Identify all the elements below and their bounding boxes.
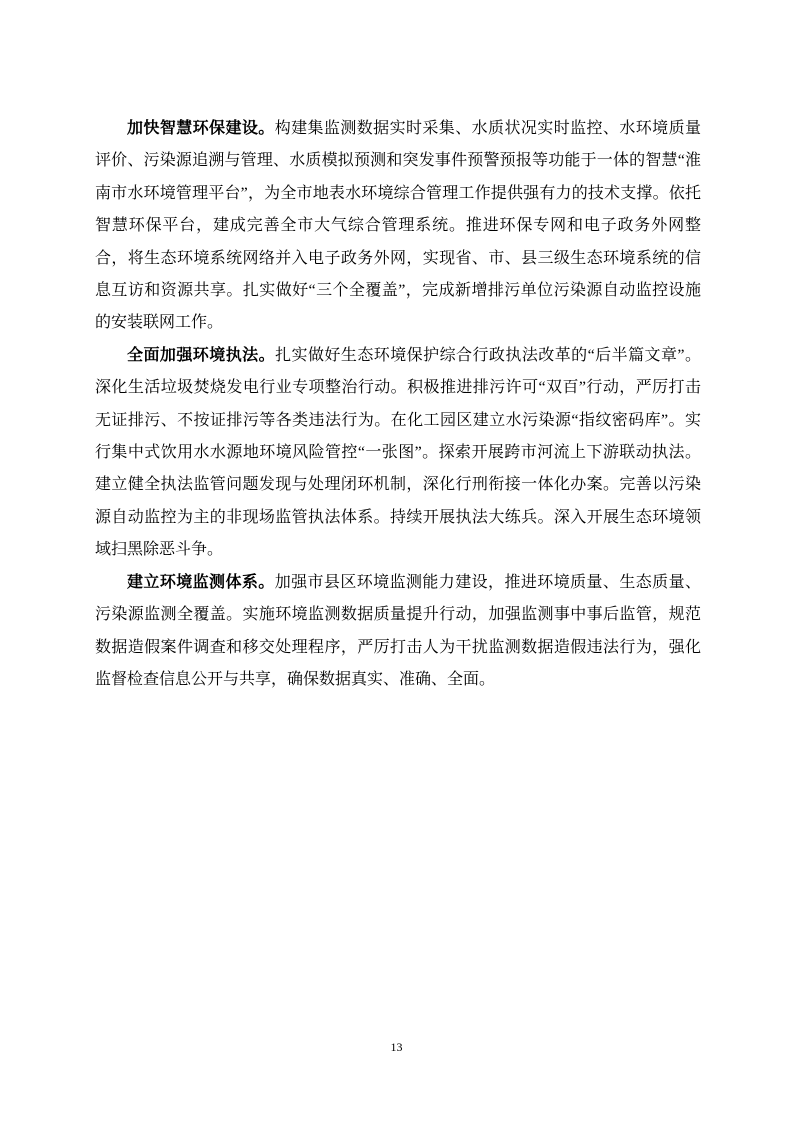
paragraph-lead: 建立环境监测体系。 [127,574,275,591]
paragraph-smart-environmental-protection: 加快智慧环保建设。构建集监测数据实时采集、水质状况实时监控、水环境质量评价、污染… [95,113,701,340]
document-page: 加快智慧环保建设。构建集监测数据实时采集、水质状况实时监控、水环境质量评价、污染… [0,0,793,1122]
paragraph-text: 构建集监测数据实时采集、水质状况实时监控、水环境质量评价、污染源追溯与管理、水质… [95,120,701,331]
document-body: 加快智慧环保建设。构建集监测数据实时采集、水质状况实时监控、水环境质量评价、污染… [95,113,701,696]
paragraph-text: 扎实做好生态环境保护综合行政执法改革的“后半篇文章”。深化生活垃圾焚烧发电行业专… [95,347,701,558]
paragraph-environmental-enforcement: 全面加强环境执法。扎实做好生态环境保护综合行政执法改革的“后半篇文章”。深化生活… [95,340,701,567]
paragraph-monitoring-system: 建立环境监测体系。加强市县区环境监测能力建设，推进环境质量、生态质量、污染源监测… [95,567,701,697]
page-number: 13 [0,1040,793,1055]
paragraph-lead: 全面加强环境执法。 [127,347,275,364]
paragraph-lead: 加快智慧环保建设。 [127,120,275,137]
